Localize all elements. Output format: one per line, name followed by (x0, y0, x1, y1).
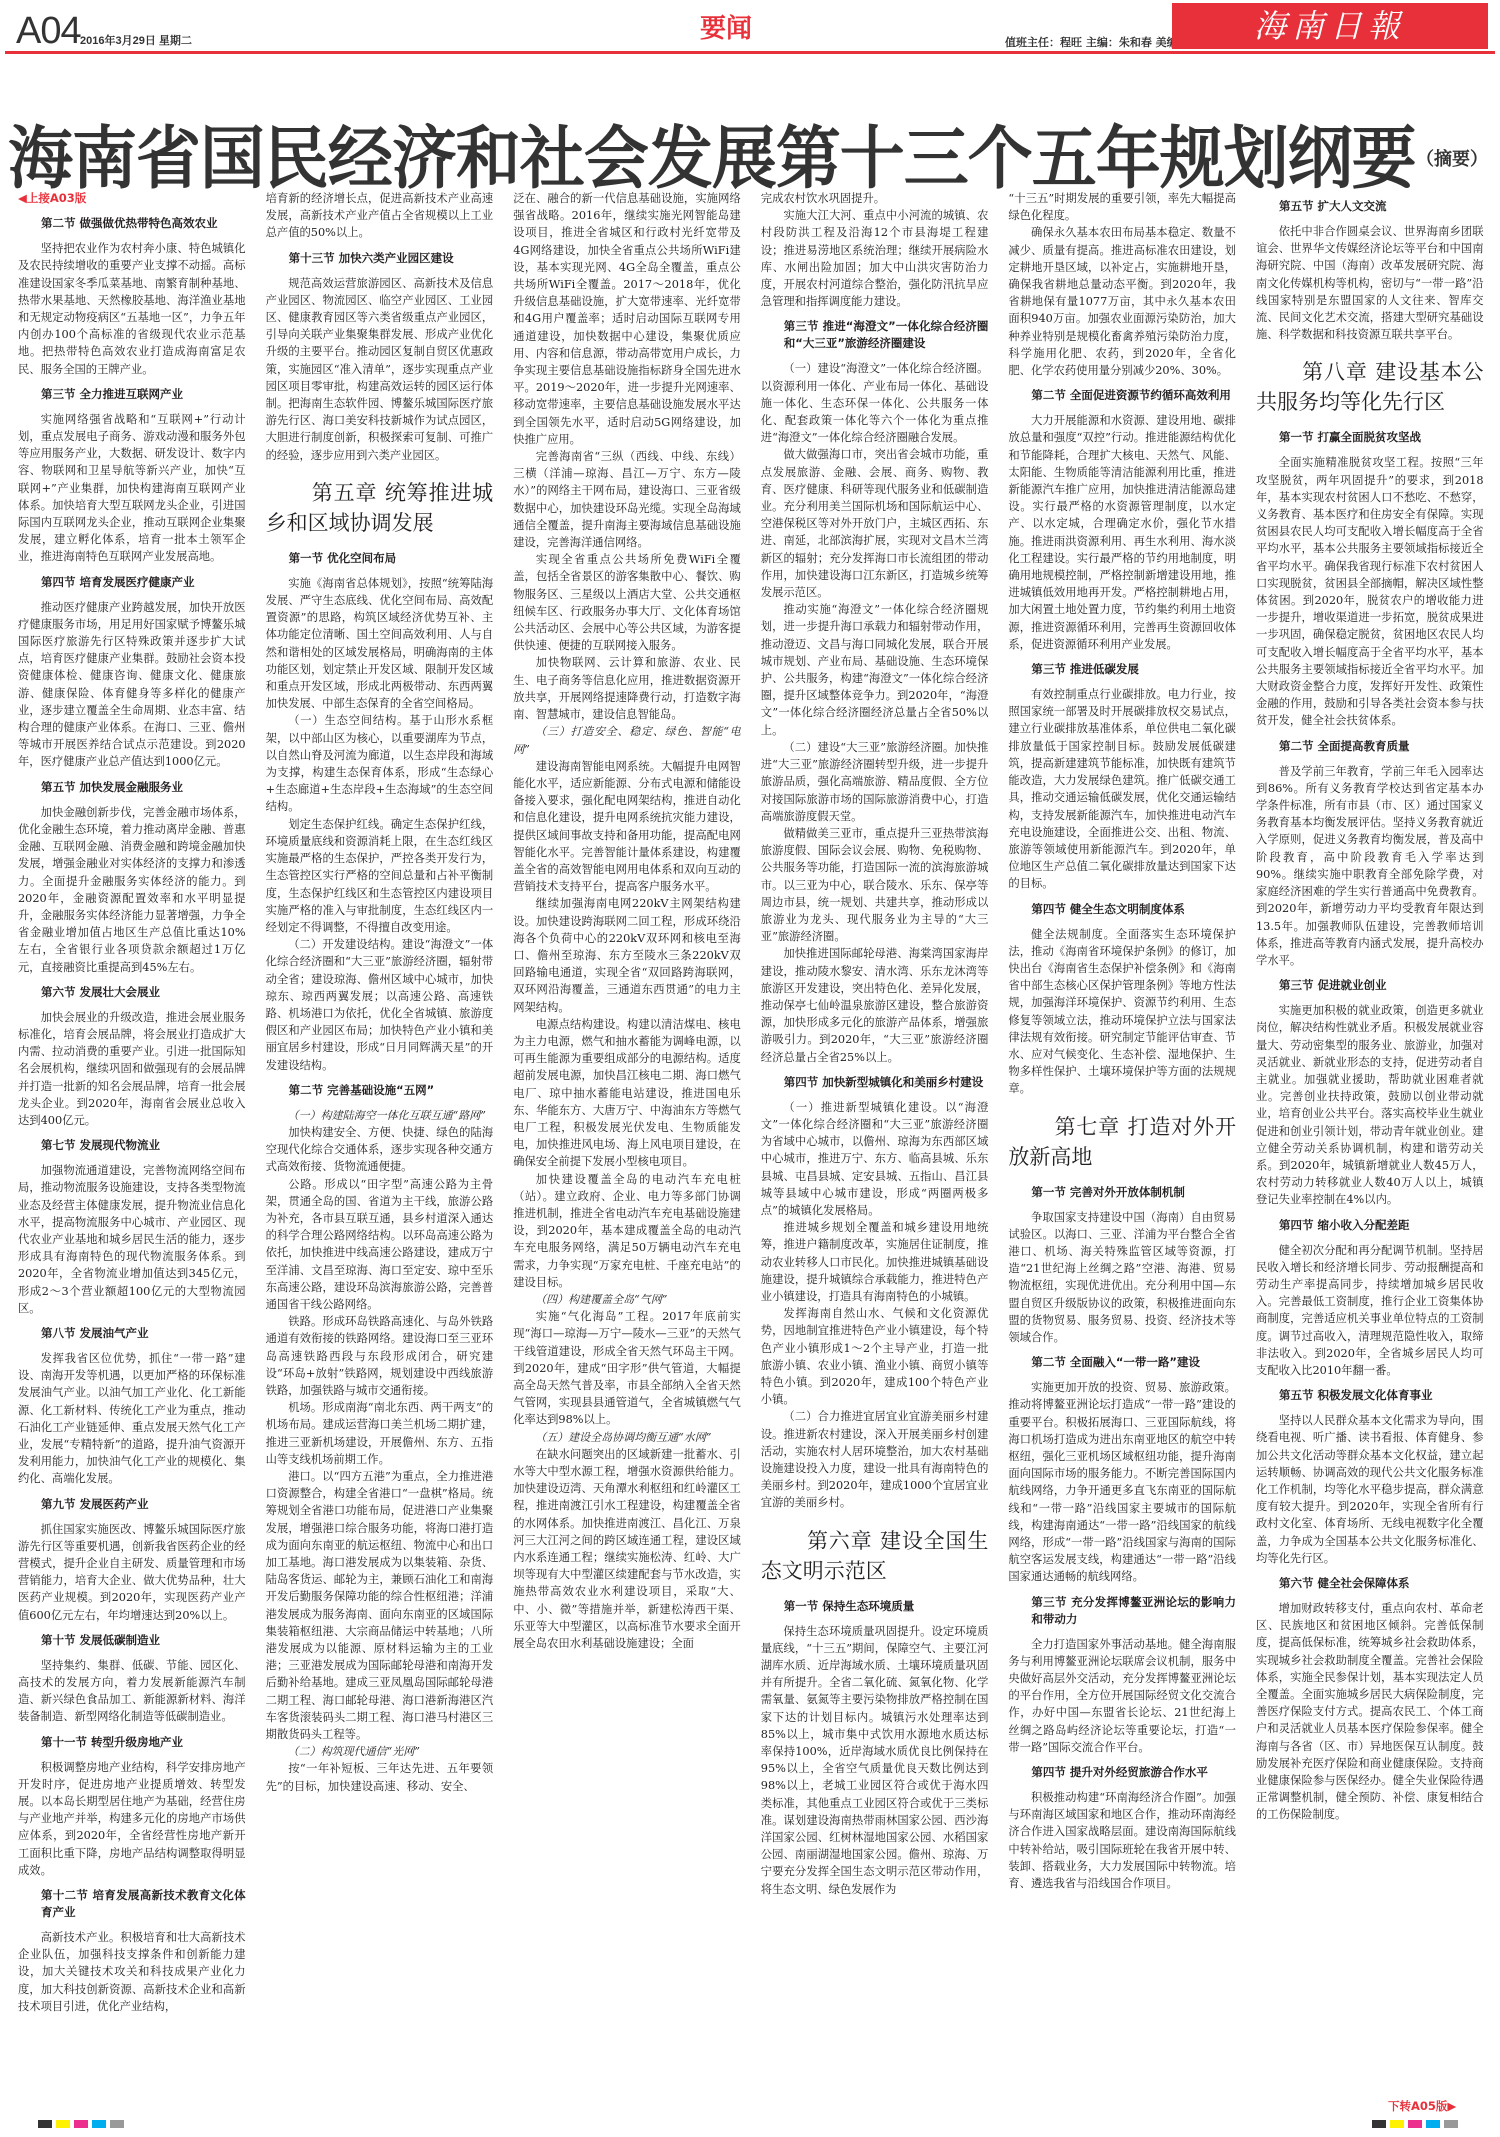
paragraph: 加快构建安全、方便、快捷、绿色的陆海空现代化综合交通体系，逐步实现各种交通方式高… (266, 1124, 494, 1176)
continued-from-link[interactable]: ◀上接A03版 (18, 190, 246, 207)
paragraph: 港口。以“四方五港”为重点，全力推进港口资源整合，构建全省港口“一盘棋”格局。统… (266, 1468, 494, 1743)
paragraph: 坚持把农业作为农村奔小康、特色城镇化及农民持续增收的重要产业支撑不动摇。高标准建… (18, 240, 246, 378)
section-heading: 第九节 发展医药产业 (18, 1496, 246, 1513)
paragraph: 健全初次分配和再分配调节机制。坚持居民收入增长和经济增长同步、劳动报酬提高和劳动… (1256, 1242, 1484, 1380)
chapter-heading: 第八章 建设基本公共服务均等化先行区 (1256, 357, 1484, 417)
column-5: “十三五”时期发展的重要引领，率先大幅提高绿色化程度。确保永久基本农田布局基本稳… (998, 190, 1246, 2110)
paragraph: 全力打造国家外事活动基地。健全海南服务与利用博鳌亚洲论坛联席会议机制，服务中央做… (1008, 1636, 1236, 1756)
print-registration-swatches-left (38, 2120, 124, 2128)
paragraph: 建设海南智能电网系统。大幅提升电网智能化水平，适应新能源、分布式电源和储能设备接… (513, 758, 741, 896)
paragraph: 积极推动构建“环南海经济合作圈”。加强与环南海区域国家和地区合作，推动环南海经济… (1008, 1789, 1236, 1892)
masthead-divider (5, 51, 1495, 54)
paragraph: 加快物联网、云计算和旅游、农业、民生、电子商务等信息化应用，推进数据资源开放共享… (513, 654, 741, 723)
section-heading: 第七节 发展现代物流业 (18, 1137, 246, 1154)
paragraph: 高新技术产业。积极培育和壮大高新技术企业队伍，加强科技支撑条件和创新能力建设，加… (18, 1929, 246, 2015)
section-heading: 第一节 优化空间布局 (266, 550, 494, 567)
section-heading: 第四节 缩小收入分配差距 (1256, 1217, 1484, 1234)
subsection-heading: （三）打造安全、稳定、绿色、智能“电网” (513, 723, 741, 757)
paragraph: 完成农村饮水巩固提升。 (761, 190, 989, 207)
column-3: 泛在、融合的新一代信息基础设施，实施网络强省战略。2016年，继续实施光网智能岛… (503, 190, 751, 2110)
section-heading: 第六节 健全社会保障体系 (1256, 1575, 1484, 1592)
section-heading: 第六节 发展壮大会展业 (18, 984, 246, 1001)
headline-title: 海南省国民经济和社会发展第十三个五年规划纲要 (8, 105, 1416, 202)
section-heading: 第四节 加快新型城镇化和美丽乡村建设 (761, 1074, 989, 1091)
paragraph: （一）生态空间结构。基于山形水系框架，以中部山区为核心，以重要湖库为节点，以自然… (266, 712, 494, 815)
subsection-heading: （二）构筑现代通信“光网” (266, 1743, 494, 1760)
paragraph: （二）合力推进宜居宜业宜游美丽乡村建设。推进新农村建设，深入开展美丽乡村创建活动… (761, 1408, 989, 1511)
paragraph: 推动实施“海澄文”一体化综合经济圈规划，进一步提升海口承载力和辐射带动作用，推动… (761, 601, 989, 739)
subsection-heading: （一）构建陆海空一体化互联互通“路网” (266, 1107, 494, 1124)
paragraph: 有效控制重点行业碳排放。电力行业，按照国家统一部署及时开展碳排放权交易试点，建立… (1008, 686, 1236, 892)
column-4: 完成农村饮水巩固提升。实施大江大河、重点中小河流的城镇、农村段防洪工程及沿海12… (751, 190, 999, 2110)
color-swatch (56, 2120, 70, 2128)
paragraph: 推进城乡规划全覆盖和城乡建设用地统筹，推进户籍制度改革，实施居住证制度，推动农业… (761, 1219, 989, 1305)
paragraph: 加快建设覆盖全岛的电动汽车充电桩（站）。建立政府、企业、电力等多部门协调推进机制… (513, 1171, 741, 1291)
section-heading: 第十二节 培育发展高新技术教育文化体育产业 (18, 1887, 246, 1921)
color-swatch (1408, 2120, 1422, 2128)
paragraph: 按“一年补短板、三年达先进、五年要领先”的目标，加快建设高速、移动、安全、 (266, 1760, 494, 1794)
column-2: 培育新的经济增长点，促进高新技术产业高速发展，高新技术产业产值占全省规模以上工业… (256, 190, 504, 2110)
column-1: ◀上接A03版 第二节 做强做优热带特色高效农业坚持把农业作为农村奔小康、特色城… (8, 190, 256, 2110)
paragraph: 确保永久基本农田布局基本稳定、数量不减少、质量有提高。推进高标准农田建设，划定耕… (1008, 224, 1236, 379)
section-heading: 第四节 培育发展医疗健康产业 (18, 574, 246, 591)
article-body: ◀上接A03版 第二节 做强做优热带特色高效农业坚持把农业作为农村奔小康、特色城… (8, 190, 1494, 2110)
paragraph: 实现全省重点公共场所免费WiFi全覆盖，包括全省景区的游客集散中心、餐饮、购物服… (513, 551, 741, 654)
paragraph: “十三五”时期发展的重要引领，率先大幅提高绿色化程度。 (1008, 190, 1236, 224)
issue-date: 2016年3月29日 星期二 (80, 32, 192, 48)
paragraph: 做精做美三亚市，重点提升三亚热带滨海旅游度假、国际会议会展、购物、免税购物、公共… (761, 825, 989, 945)
color-swatch (92, 2120, 106, 2128)
section-heading: 第二节 全面提高教育质量 (1256, 738, 1484, 755)
paragraph: 加快会展业的升级改造，推进会展业服务标准化，培育会展品牌，将会展业打造成扩大内需… (18, 1009, 246, 1129)
subsection-heading: （四）构建覆盖全岛“气网” (513, 1291, 741, 1308)
paragraph: 增加财政转移支付，重点向农村、革命老区、民族地区和贫困地区倾斜。完善低保制度，提… (1256, 1600, 1484, 1824)
paragraph: 完善海南省“三纵（西线、中线、东线）三横（洋浦—琼海、昌江—万宁、东方—陵水）”… (513, 448, 741, 551)
paragraph: 加强物流通道建设，完善物流网络空间布局，推动物流服务设施建设，支持各类型物流业态… (18, 1162, 246, 1317)
paragraph: 实施网络强省战略和“互联网+”行动计划，重点发展电子商务、游戏动漫和服务外包等应… (18, 411, 246, 566)
color-swatch (110, 2120, 124, 2128)
section-heading: 第三节 全力推进互联网产业 (18, 386, 246, 403)
paragraph: 保持生态环境质量巩固提升。设定环境质量底线，“十三五”期间，保障空气、主要江河湖… (761, 1623, 989, 1898)
headline-subtitle: （摘要） (1416, 145, 1488, 171)
paragraph: 划定生态保护红线。确定生态保护红线，环境质量底线和资源消耗上限，在生态红线区实施… (266, 816, 494, 936)
paragraph: 公路。形成以“田字型”高速公路为主骨架，贯通全岛的国、省道为主干线，旅游公路为补… (266, 1176, 494, 1314)
section-heading: 第四节 提升对外经贸旅游合作水平 (1008, 1764, 1236, 1781)
section-heading: 第八节 发展油气产业 (18, 1325, 246, 1342)
paragraph: 大力开展能源和水资源、建设用地、碳排放总量和强度“双控”行动。推进能源结构优化和… (1008, 412, 1236, 653)
masthead: A04 2016年3月29日 星期二 要闻 值班主任：程旺 主编：朱和春 美编：… (0, 0, 1500, 56)
paragraph: （一）建设“海澄文”一体化综合经济圈。以资源利用一体化、产业布局一体化、基础设施… (761, 360, 989, 446)
section-heading: 第五节 扩大人文交流 (1256, 198, 1484, 215)
continued-on-link[interactable]: 下转A05版▶ (1388, 2098, 1456, 2114)
section-heading: 第三节 充分发挥博鳌亚洲论坛的影响力和带动力 (1008, 1594, 1236, 1628)
paragraph: （二）开发建设结构。建设“海澄文”一体化综合经济圈和“大三亚”旅游经济圈，辐射带… (266, 936, 494, 1074)
paragraph: 电源点结构建设。构建以清洁煤电、核电为主力电源，燃气和抽水蓄能为调峰电源，以可再… (513, 1016, 741, 1171)
paragraph: 规范高效运营旅游园区、高新技术及信息产业园区、物流园区、临空产业园区、工业园区、… (266, 275, 494, 464)
chapter-heading: 第七章 打造对外开放新高地 (1008, 1112, 1236, 1172)
section-heading: 第二节 全面促进资源节约循环高效利用 (1008, 387, 1236, 404)
paragraph: 铁路。形成环岛铁路高速化、与岛外铁路通道有效衔接的铁路网络。建设海口至三亚环岛高… (266, 1313, 494, 1399)
paragraph: （一）推进新型城镇化建设。以“海澄文”一体化综合经济圈和“大三亚”旅游经济圈为省… (761, 1099, 989, 1219)
color-swatch (1444, 2120, 1458, 2128)
paragraph: 机场。形成南海“南北东西、两干两支”的机场布局。建成运营海口美兰机场二期扩建，推… (266, 1399, 494, 1468)
column-6: 第五节 扩大人文交流依托中非合作圆桌会议、世界海南乡团联谊会、世界华文传媒经济论… (1246, 190, 1494, 2110)
section-heading: 第四节 健全生态文明制度体系 (1008, 901, 1236, 918)
paragraph: 实施“气化海岛”工程。2017年底前实现“海口—琼海—万宁—陵水—三亚”的天然气… (513, 1308, 741, 1428)
section-heading: 第十三节 加快六类产业园区建设 (266, 250, 494, 267)
section-heading: 第一节 打赢全面脱贫攻坚战 (1256, 429, 1484, 446)
section-heading: 第二节 做强做优热带特色高效农业 (18, 215, 246, 232)
color-swatch (1390, 2120, 1404, 2128)
subsection-heading: （五）建设全岛协调均衡互通“水网” (513, 1429, 741, 1446)
section-heading: 第三节 推进低碳发展 (1008, 661, 1236, 678)
color-swatch (1426, 2120, 1440, 2128)
section-heading: 第二节 完善基础设施“五网” (266, 1082, 494, 1099)
paragraph: （二）建设“大三亚”旅游经济圈。加快推进“大三亚”旅游经济圈转型升级，进一步提升… (761, 739, 989, 825)
color-swatch (38, 2120, 52, 2128)
section-heading: 第五节 积极发展文化体育事业 (1256, 1387, 1484, 1404)
paragraph: 坚持以人民群众基本文化需求为导向，围绕看电视、听广播、读书看报、体育健身、参加公… (1256, 1412, 1484, 1567)
chapter-heading: 第六章 建设全国生态文明示范区 (761, 1526, 989, 1586)
chapter-heading: 第五章 统筹推进城乡和区域协调发展 (266, 478, 494, 538)
paragraph: 加快金融创新步伐，完善金融市场体系，优化金融生态环境，着力推动离岸金融、普惠金融… (18, 804, 246, 976)
paragraph: 积极调整房地产业结构，科学安排房地产开发时序，促进房地产业提质增效、转型发展。以… (18, 1759, 246, 1879)
paragraph: 实施更加开放的投资、贸易、旅游政策。推动将博鳌亚洲论坛打造成“一带一路”建设的重… (1008, 1379, 1236, 1585)
paragraph: 在缺水问题突出的区域新建一批蓄水、引水等大中型水源工程，增强水资源供给能力。加快… (513, 1446, 741, 1652)
paragraph: 推动医疗健康产业跨越发展，加快开放医疗健康服务市场，用足用好国家赋予博鳌乐城国际… (18, 599, 246, 771)
paragraph: 发挥我省区位优势，抓住“一带一路”建设、南海开发等机遇，以更加严格的环保标准发展… (18, 1350, 246, 1488)
paragraph: 继续加强海南电网220kV主网架结构建设。加快建设跨海联网二回工程，形成环绕沿海… (513, 895, 741, 1015)
print-registration-swatches-right (1372, 2120, 1458, 2128)
paragraph: 发挥海南自然山水、气候和文化资源优势，因地制宜推进特色产业小镇建设，每个特色产业… (761, 1305, 989, 1408)
paragraph: 实施《海南省总体规划》，按照“统筹陆海发展、严守生态底线、优化空间布局、高效配置… (266, 575, 494, 713)
paragraph: 做大做强海口市，突出省会城市功能，重点发展旅游、金融、会展、商务、购物、教育、医… (761, 446, 989, 601)
section-heading: 第三节 促进就业创业 (1256, 977, 1484, 994)
section-heading: 第十节 发展低碳制造业 (18, 1632, 246, 1649)
section-heading: 第二节 全面融入“一带一路”建设 (1008, 1354, 1236, 1371)
paragraph: 抓住国家实施医改、博鳌乐城国际医疗旅游先行区等重要机遇，创新我省医药企业的经营模… (18, 1521, 246, 1624)
paragraph: 加快推进国际邮轮母港、海棠湾国家海岸建设，推动陵水黎安、清水湾、乐东龙沐湾等旅游… (761, 945, 989, 1065)
section-heading: 第三节 推进“海澄文”一体化综合经济圈和“大三亚”旅游经济圈建设 (761, 318, 989, 352)
section-heading: 第一节 保持生态环境质量 (761, 1598, 989, 1615)
paragraph: 依托中非合作圆桌会议、世界海南乡团联谊会、世界华文传媒经济论坛等平台和中国南海研… (1256, 223, 1484, 343)
paragraph: 全面实施精准脱贫攻坚工程。按照“三年攻坚脱贫，两年巩固提升”的要求，到2018年… (1256, 454, 1484, 729)
paragraph: 普及学前三年教育，学前三年毛入园率达到86%。所有义务教育学校达到省定基本办学条… (1256, 763, 1484, 969)
headline: 海南省国民经济和社会发展第十三个五年规划纲要 （摘要） (8, 105, 1498, 202)
newspaper-logo: 海南日報 (1172, 3, 1488, 49)
paragraph: 培育新的经济增长点，促进高新技术产业高速发展，高新技术产业产值占全省规模以上工业… (266, 190, 494, 242)
color-swatch (74, 2120, 88, 2128)
paragraph: 健全法规制度。全面落实生态环境保护法，推动《海南省环境保护条例》的修订，加快出台… (1008, 926, 1236, 1098)
section-heading: 第一节 完善对外开放体制机制 (1008, 1184, 1236, 1201)
section-heading: 第十一节 转型升级房地产业 (18, 1734, 246, 1751)
paragraph: 坚持集约、集群、低碳、节能、园区化、高技术的发展方向，着力发展新能源汽车制造、新… (18, 1657, 246, 1726)
color-swatch (1372, 2120, 1386, 2128)
page-number: A04 (16, 10, 81, 53)
section-name: 要闻 (700, 8, 752, 45)
paragraph: 实施大江大河、重点中小河流的城镇、农村段防洪工程及沿海12个市县海堤工程建设；推… (761, 207, 989, 310)
section-heading: 第五节 加快发展金融服务业 (18, 779, 246, 796)
paragraph: 争取国家支持建设中国（海南）自由贸易试验区。以海口、三亚、洋浦为平台整合全省港口… (1008, 1209, 1236, 1347)
paragraph: 泛在、融合的新一代信息基础设施，实施网络强省战略。2016年，继续实施光网智能岛… (513, 190, 741, 448)
paragraph: 实施更加积极的就业政策，创造更多就业岗位，解决结构性就业矛盾。积极发展就业容量大… (1256, 1002, 1484, 1208)
